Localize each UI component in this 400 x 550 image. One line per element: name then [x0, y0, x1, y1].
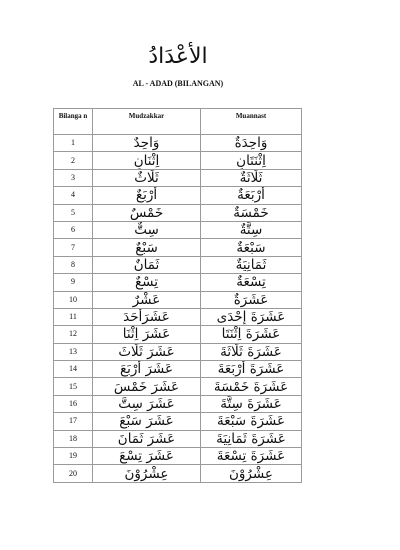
feminine-cell: ثَمَانِيَةٌ — [201, 256, 302, 273]
table-body: 1وَاحِدٌوَاحِدَةٌ2اِثْنَانِاِثْنَتَانِ3ث… — [54, 135, 302, 483]
table-row: 15عَشَرَ خَمْسَعَشَرَةَ خَمْسَةَ — [54, 378, 302, 395]
masculine-cell: تِسْعٌ — [93, 274, 201, 291]
table-header-row: Bilanga n Mudzakkar Muannast — [54, 109, 302, 135]
masculine-cell: عَشَرَ ثَلَاثَ — [93, 343, 201, 360]
table-row: 12عَشَرَ اِثْنَاعَشَرَةَ اِثْنَتَا — [54, 326, 302, 343]
number-cell: 11 — [54, 308, 93, 325]
table-row: 2اِثْنَانِاِثْنَتَانِ — [54, 152, 302, 169]
number-cell: 13 — [54, 343, 93, 360]
table-row: 10عَشْرٌعَشَرَةٌ — [54, 291, 302, 308]
feminine-cell: سِتَّةٌ — [201, 221, 302, 238]
masculine-cell: خَمْسٌ — [93, 204, 201, 221]
feminine-cell: عَشَرَةَ سَبْعَةَ — [201, 413, 302, 430]
feminine-cell: عَشَرَةَ إِحْدَى — [201, 308, 302, 325]
masculine-cell: سَبْعٌ — [93, 239, 201, 256]
number-cell: 14 — [54, 361, 93, 378]
masculine-cell: عَشَرَأَحَدَ — [93, 308, 201, 325]
table-row: 14عَشَرَ أرْبَعَعَشَرَةَ أرْبَعَةَ — [54, 361, 302, 378]
masculine-cell: عَشَرَ اِثْنَا — [93, 326, 201, 343]
feminine-cell: عَشَرَةَ اِثْنَتَا — [201, 326, 302, 343]
masculine-cell: عَشَرَ خَمْسَ — [93, 378, 201, 395]
page-subtitle: AL - ADAD (BILANGAN) — [0, 78, 356, 90]
masculine-cell: عَشْرٌ — [93, 291, 201, 308]
number-cell: 7 — [54, 239, 93, 256]
masculine-cell: عَشَرَ سِتَّ — [93, 395, 201, 412]
feminine-cell: عَشَرَةَ خَمْسَةَ — [201, 378, 302, 395]
number-cell: 2 — [54, 152, 93, 169]
feminine-cell: سَبْعَةٌ — [201, 239, 302, 256]
table-row: 11عَشَرَأَحَدَعَشَرَةَ إِحْدَى — [54, 308, 302, 325]
feminine-cell: تِسْعَةٌ — [201, 274, 302, 291]
feminine-cell: عَشَرَةَ ثَلَاثَةَ — [201, 343, 302, 360]
masculine-cell: وَاحِدٌ — [93, 135, 201, 152]
table-row: 20عِشْرُوْنَعِشْرُوْنَ — [54, 465, 302, 482]
feminine-cell: أرْبَعَةٌ — [201, 187, 302, 204]
table-row: 7سَبْعٌسَبْعَةٌ — [54, 239, 302, 256]
table-row: 17عَشَرَ سَبْعَعَشَرَةَ سَبْعَةَ — [54, 413, 302, 430]
header-masculine: Mudzakkar — [93, 109, 201, 135]
table-row: 8ثَمَانٌثَمَانِيَةٌ — [54, 256, 302, 273]
header-number: Bilanga n — [54, 109, 93, 135]
number-cell: 17 — [54, 413, 93, 430]
table-row: 4أرْبَعٌأرْبَعَةٌ — [54, 187, 302, 204]
masculine-cell: ثَمَانٌ — [93, 256, 201, 273]
feminine-cell: خَمْسَةٌ — [201, 204, 302, 221]
feminine-cell: اِثْنَتَانِ — [201, 152, 302, 169]
number-cell: 9 — [54, 274, 93, 291]
masculine-cell: عَشَرَ تِسْعَ — [93, 448, 201, 465]
masculine-cell: عِشْرُوْنَ — [93, 465, 201, 482]
feminine-cell: عَشَرَةَ تِسْعَةَ — [201, 448, 302, 465]
feminine-cell: عَشَرَةٌ — [201, 291, 302, 308]
number-cell: 18 — [54, 430, 93, 447]
number-cell: 5 — [54, 204, 93, 221]
number-cell: 10 — [54, 291, 93, 308]
feminine-cell: وَاحِدَةٌ — [201, 135, 302, 152]
table-row: 19عَشَرَ تِسْعَعَشَرَةَ تِسْعَةَ — [54, 448, 302, 465]
feminine-cell: عِشْرُوْنَ — [201, 465, 302, 482]
number-cell: 3 — [54, 169, 93, 186]
masculine-cell: عَشَرَ أرْبَعَ — [93, 361, 201, 378]
page-title: الأعْدَادُ — [0, 40, 356, 74]
masculine-cell: عَشَرَ ثَمَانَ — [93, 430, 201, 447]
table-row: 9تِسْعٌتِسْعَةٌ — [54, 274, 302, 291]
numbers-table: Bilanga n Mudzakkar Muannast 1وَاحِدٌوَا… — [53, 108, 302, 483]
feminine-cell: عَشَرَةَ ثَمَانِيَةَ — [201, 430, 302, 447]
header-feminine: Muannast — [201, 109, 302, 135]
table-row: 6سِتٌّسِتَّةٌ — [54, 221, 302, 238]
number-cell: 19 — [54, 448, 93, 465]
table-row: 5خَمْسٌخَمْسَةٌ — [54, 204, 302, 221]
table-row: 18عَشَرَ ثَمَانَعَشَرَةَ ثَمَانِيَةَ — [54, 430, 302, 447]
number-cell: 4 — [54, 187, 93, 204]
feminine-cell: عَشَرَةَ أرْبَعَةَ — [201, 361, 302, 378]
feminine-cell: عَشَرَةَ سِتَّةَ — [201, 395, 302, 412]
number-cell: 6 — [54, 221, 93, 238]
table-row: 16عَشَرَ سِتَّعَشَرَةَ سِتَّةَ — [54, 395, 302, 412]
masculine-cell: سِتٌّ — [93, 221, 201, 238]
table-row: 3ثَلَاثٌثَلَاثَةٌ — [54, 169, 302, 186]
number-cell: 12 — [54, 326, 93, 343]
table-row: 1وَاحِدٌوَاحِدَةٌ — [54, 135, 302, 152]
masculine-cell: اِثْنَانِ — [93, 152, 201, 169]
masculine-cell: عَشَرَ سَبْعَ — [93, 413, 201, 430]
masculine-cell: أرْبَعٌ — [93, 187, 201, 204]
number-cell: 15 — [54, 378, 93, 395]
number-cell: 16 — [54, 395, 93, 412]
number-cell: 20 — [54, 465, 93, 482]
number-cell: 1 — [54, 135, 93, 152]
feminine-cell: ثَلَاثَةٌ — [201, 169, 302, 186]
masculine-cell: ثَلَاثٌ — [93, 169, 201, 186]
number-cell: 8 — [54, 256, 93, 273]
table-row: 13عَشَرَ ثَلَاثَعَشَرَةَ ثَلَاثَةَ — [54, 343, 302, 360]
